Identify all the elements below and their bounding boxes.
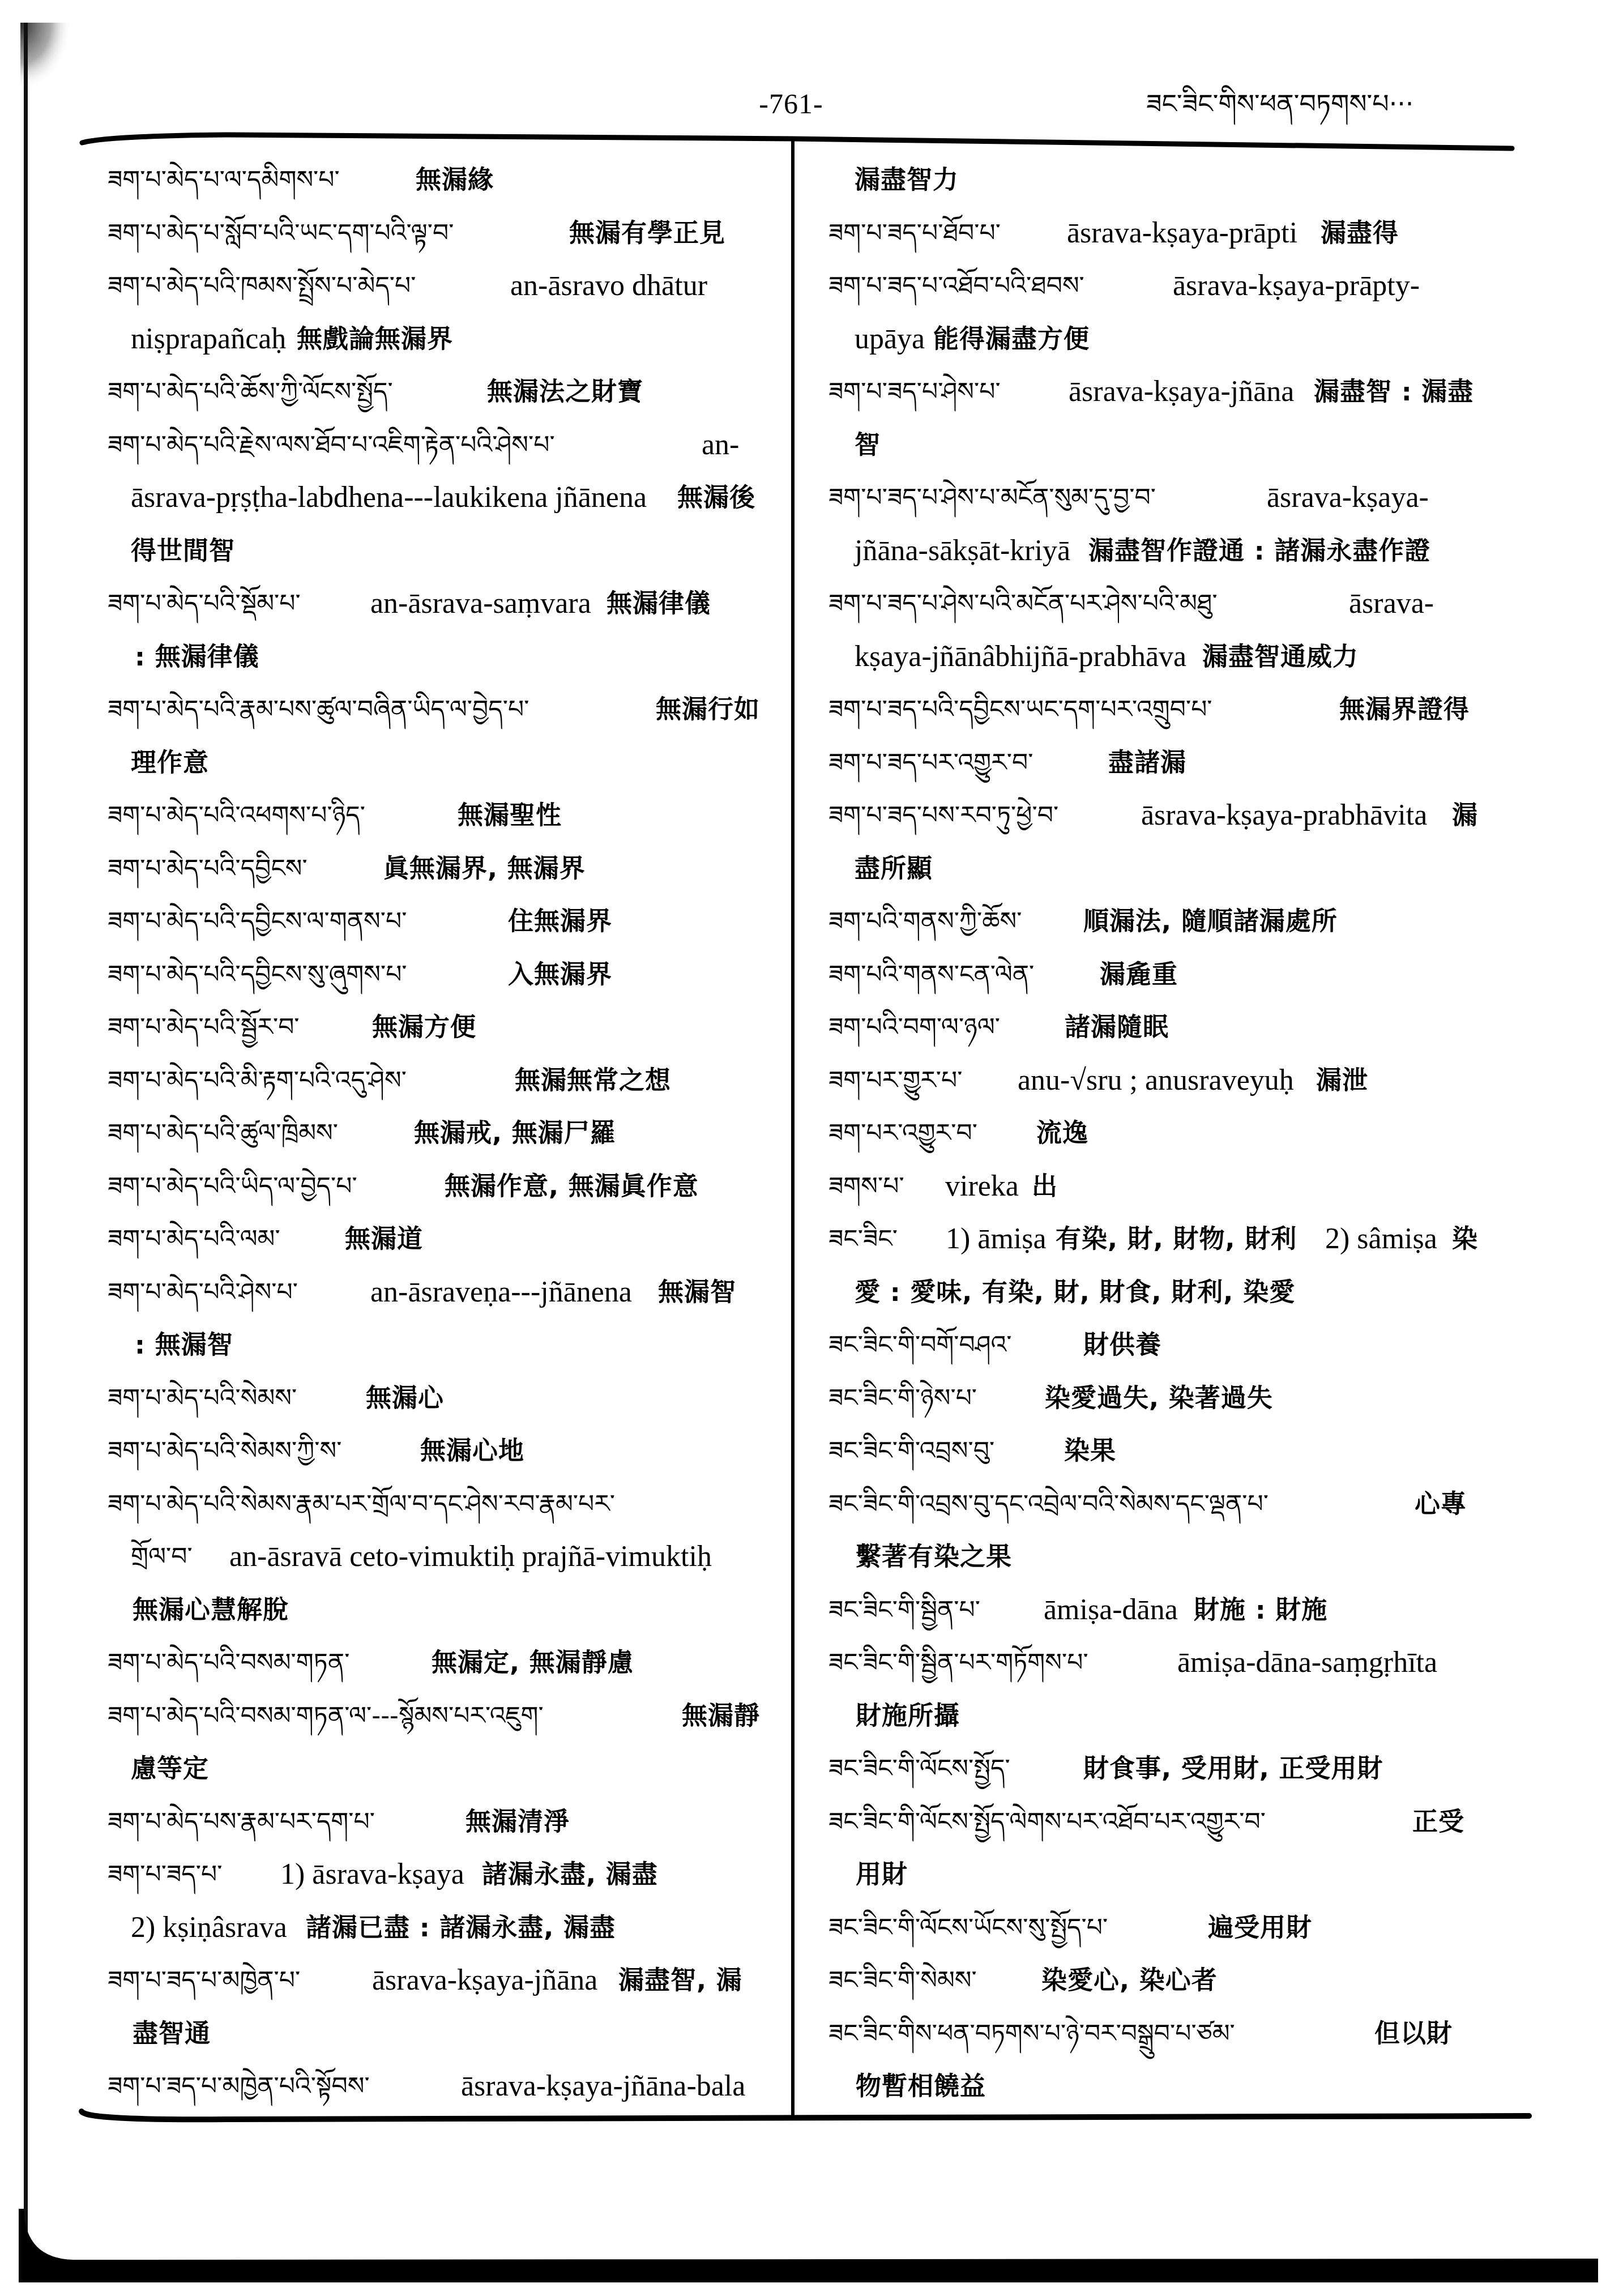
entry-line: ཟག་པ་མེད་པའི་དབྱིངས་ 眞無漏界, 無漏界 bbox=[0, 842, 793, 895]
tibetan-term: ཟག་པ་མེད་པའི་སེམས་རྣམ་པར་གྲོལ་བ་དང་ཤེས་ར… bbox=[108, 1478, 615, 1531]
chinese-gloss: 流逸 bbox=[1036, 1107, 1088, 1160]
chinese-gloss: 出 bbox=[1032, 1160, 1058, 1213]
tibetan-term: ཟག་པ་མེད་པའི་སེམས་ཀྱི་ས་ bbox=[108, 1424, 341, 1478]
entry-line: ཟག་པ་མེད་པའི་རྣམ་པས་ཚུལ་བཞིན་ཡིད་ལ་བྱེད་… bbox=[0, 683, 793, 736]
tibetan-term: ཟགས་པ་ bbox=[828, 1160, 904, 1213]
entry-line: 盡所顯 bbox=[793, 842, 1623, 895]
chinese-gloss: 諸漏已盡 : 諸漏永盡, 漏盡 bbox=[306, 1901, 616, 1954]
entry-line: ཟག་པའི་བག་ལ་ཉལ་ 諸漏隨眠 bbox=[793, 1001, 1623, 1054]
chinese-gloss: 漏盡得 bbox=[1321, 207, 1399, 260]
entry-line: ཟག་པ་མེད་པའི་བསམ་གཏན་ལ་---སྙོམས་པར་འཇུག་… bbox=[0, 1689, 793, 1743]
dictionary-entry: ཟག་པ་མེད་པའི་དབྱིངས་སུ་ཞུགས་པ་ 入無漏界 bbox=[0, 948, 793, 1001]
tibetan-term: ཟང་ཟིང་གི་སྦྱིན་པ་ bbox=[828, 1584, 980, 1637]
chinese-gloss: 無漏戒, 無漏尸羅 bbox=[414, 1107, 616, 1160]
entry-line: ཟག་པའི་གནས་ཀྱི་ཆོས་ 順漏法, 隨順諸漏處所 bbox=[793, 895, 1623, 948]
dictionary-entry: ཟག་པ་ཟད་པ་ཤེས་པ་ āsrava-kṣaya-jñāna 漏盡智 … bbox=[793, 365, 1623, 471]
dictionary-entry: ཟག་པ་མེད་པས་རྣམ་པར་དག་པ་ 無漏清淨 bbox=[0, 1795, 793, 1849]
sanskrit-term: āsrava-kṣaya-jñāna bbox=[1069, 365, 1294, 419]
dictionary-entry: ཟང་ཟིང་གི་ལོངས་སྤྱོད་ལེགས་པར་འཐོབ་པར་འགྱ… bbox=[793, 1795, 1623, 1901]
tibetan-term: ཟག་པ་ཟད་པས་རབ་ཏུ་ཕྱེ་བ་ bbox=[828, 789, 1058, 842]
dictionary-entry: ཟག་པ་མེད་པའི་སེམས་ 無漏心 bbox=[0, 1372, 793, 1425]
chinese-gloss: 漏泄 bbox=[1316, 1054, 1368, 1107]
tibetan-term: གྲོལ་བ་ bbox=[131, 1530, 193, 1584]
chinese-gloss: 漏盡智, 漏 bbox=[618, 1954, 742, 2007]
dictionary-entry: ཟག་པ་ཟད་པར་འགྱུར་བ་ 盡諸漏 bbox=[793, 736, 1623, 789]
entry-line: ཟག་པར་གྱུར་པ་ anu-√sru ; anusraveyuḥ 漏泄 bbox=[793, 1054, 1623, 1107]
dictionary-entry: ཟག་པ་མེད་པ་སློབ་པའི་ཡང་དག་པའི་ལྟ་བ་ 無漏有學… bbox=[0, 207, 793, 260]
dictionary-entry: ཟག་པ་མེད་པའི་འཕགས་པ་ཉིད་ 無漏聖性 bbox=[0, 789, 793, 842]
dictionary-entry: ཟག་པ་མེད་པའི་རྣམ་པས་ཚུལ་བཞིན་ཡིད་ལ་བྱེད་… bbox=[0, 683, 793, 789]
entry-line: upāya 能得漏盡方便 bbox=[793, 313, 1623, 366]
entry-line: : 無漏智 bbox=[0, 1318, 793, 1372]
chinese-gloss: 心專 bbox=[1415, 1478, 1467, 1531]
entry-line: ཟང་ཟིང་ 1) āmiṣa 有染, 財, 財物, 財利 2) sâmiṣa… bbox=[793, 1213, 1623, 1266]
sanskrit-term: an-āsravā ceto-vimuktiḥ prajñā-vimuktiḥ bbox=[229, 1530, 712, 1584]
entry-line: ཟག་པ་མེད་པའི་རྗེས་ལས་ཐོབ་པ་འཇིག་རྟེན་པའི… bbox=[0, 419, 793, 472]
tibetan-term: ཟང་ཟིང་གི་སེམས་ bbox=[828, 1954, 977, 2007]
entry-line: 2) kṣiṇâsrava 諸漏已盡 : 諸漏永盡, 漏盡 bbox=[0, 1901, 793, 1954]
top-rule bbox=[82, 135, 1512, 148]
chinese-gloss: 無漏靜 bbox=[682, 1689, 760, 1743]
sanskrit-term: anu-√sru ; anusraveyuḥ bbox=[1018, 1054, 1294, 1107]
entry-line: ཟག་པ་མེད་པའི་ཤེས་པ་ an-āsraveṇa---jñānen… bbox=[0, 1266, 793, 1319]
tibetan-term: ཟག་པ་མེད་པའི་རྗེས་ལས་ཐོབ་པ་འཇིག་རྟེན་པའི… bbox=[108, 419, 555, 472]
dictionary-entry: ཟག་པ་མེད་པའི་སེམས་ཀྱི་ས་ 無漏心地 bbox=[0, 1424, 793, 1478]
chinese-gloss: 染愛心, 染心者 bbox=[1041, 1954, 1218, 2007]
tibetan-term: ཟག་པ་མེད་པ་སློབ་པའི་ཡང་དག་པའི་ལྟ་བ་ bbox=[108, 207, 454, 260]
sanskrit-term: an-āsrava-saṃvara bbox=[370, 577, 591, 630]
dictionary-entry: ཟག་པ་ཟད་པ་ཐོབ་པ་ āsrava-kṣaya-prāpti 漏盡得 bbox=[793, 207, 1623, 260]
dictionary-entry: ཟག་པ་མེད་པའི་སེམས་རྣམ་པར་གྲོལ་བ་དང་ཤེས་ར… bbox=[0, 1478, 793, 1637]
entry-line: ཟག་པ་ཟད་པ་འཐོབ་པའི་ཐབས་ āsrava-kṣaya-prā… bbox=[793, 259, 1623, 313]
chinese-gloss: 財施所攝 bbox=[856, 1689, 960, 1743]
entry-line: ཟག་པ་མེད་པའི་ཚུལ་ཁྲིམས་ 無漏戒, 無漏尸羅 bbox=[0, 1107, 793, 1160]
entry-line: ཟང་ཟིང་གི་ལོངས་སྤྱོད་ལེགས་པར་འཐོབ་པར་འགྱ… bbox=[793, 1795, 1623, 1849]
sanskrit-term: kṣaya-jñānâbhijñā-prabhāva bbox=[855, 630, 1186, 684]
tibetan-term: ཟང་ཟིང་གི་བགོ་བཤའ་ bbox=[828, 1318, 1012, 1372]
sanskrit-term: vireka bbox=[945, 1160, 1019, 1213]
chinese-gloss: 財食事, 受用財, 正受用財 bbox=[1083, 1742, 1383, 1795]
chinese-gloss: 無漏清淨 bbox=[465, 1795, 570, 1849]
dictionary-entry: ཟག་པ་ཟད་པའི་དབྱིངས་ཡང་དག་པར་འགྲུབ་པ་ 無漏界… bbox=[793, 683, 1623, 736]
dictionary-entry: ཟག་པར་འགྱུར་བ་ 流逸 bbox=[793, 1107, 1623, 1160]
sanskrit-term: āsrava-kṣaya-prāpty- bbox=[1173, 259, 1420, 313]
dictionary-entry: ཟག་པ་མེད་པའི་ཆོས་ཀྱི་ལོངས་སྤྱོད་ 無漏法之財寶 bbox=[0, 365, 793, 419]
chinese-gloss: : 無漏智 bbox=[135, 1318, 233, 1372]
entry-line: ཟང་ཟིང་གི་ཉེས་པ་ 染愛過失, 染著過失 bbox=[793, 1372, 1623, 1425]
entry-line: ཟག་པ་ཟད་པར་འགྱུར་བ་ 盡諸漏 bbox=[793, 736, 1623, 789]
entry-line: 愛 : 愛味, 有染, 財, 財食, 財利, 染愛 bbox=[793, 1266, 1623, 1319]
entry-line: 盡智通 bbox=[0, 2007, 793, 2060]
tibetan-term: ཟག་པ་མེད་པའི་འཕགས་པ་ཉིད་ bbox=[108, 789, 365, 842]
chinese-gloss: 漏麁重 bbox=[1100, 948, 1178, 1001]
entry-line: ཟང་ཟིང་གི་འབྲས་བུ་ 染果 bbox=[793, 1424, 1623, 1478]
page-number: -761- bbox=[734, 84, 848, 123]
sanskrit-term: an-āsravo dhātur bbox=[510, 259, 707, 313]
tibetan-term: ཟང་ཟིང་གི་ཉེས་པ་ bbox=[828, 1372, 977, 1425]
tibetan-term: ཟག་པ་མེད་པའི་མི་རྟག་པའི་འདུ་ཤེས་ bbox=[108, 1054, 407, 1107]
tibetan-term: ཟག་པ་མེད་པའི་དབྱིངས་སུ་ཞུགས་པ་ bbox=[108, 948, 407, 1001]
tibetan-term: ཟང་ཟིང་གི་ལོངས་ཡོངས་སུ་སྤྱོད་པ་ bbox=[828, 1901, 1108, 1954]
entry-line: ཟག་པ་མེད་པའི་དབྱིངས་སུ་ཞུགས་པ་ 入無漏界 bbox=[0, 948, 793, 1001]
tibetan-term: ཟག་པ་ཟད་པའི་དབྱིངས་ཡང་དག་པར་འགྲུབ་པ་ bbox=[828, 683, 1212, 736]
chinese-gloss: 理作意 bbox=[131, 736, 209, 789]
left-column: ཟག་པ་མེད་པ་ལ་དམིགས་པ་ 無漏緣 ཟག་པ་མེད་པ་སློ… bbox=[0, 153, 793, 2113]
dictionary-entry: ཟང་ཟིང་གི་འབྲས་བུ་ 染果 bbox=[793, 1424, 1623, 1478]
entry-line: ཟག་པ་མེད་པས་རྣམ་པར་དག་པ་ 無漏清淨 bbox=[0, 1795, 793, 1849]
entry-line: 繫著有染之果 bbox=[793, 1530, 1623, 1584]
chinese-gloss: 無漏作意, 無漏眞作意 bbox=[445, 1160, 699, 1213]
chinese-gloss: : 無漏律儀 bbox=[135, 630, 259, 684]
tibetan-term: ཟག་པ་ཟད་པ་མཁྱེན་པའི་སྟོབས་ bbox=[108, 2060, 370, 2113]
entry-line: ཟང་ཟིང་གི་སྦྱིན་པར་གཏོགས་པ་ āmiṣa-dāna-s… bbox=[793, 1636, 1623, 1689]
chinese-gloss: 染 bbox=[1452, 1213, 1478, 1266]
entry-line: ཟགས་པ་ vireka 出 bbox=[793, 1160, 1623, 1213]
entry-line: ཟང་ཟིང་གི་སྦྱིན་པ་ āmiṣa-dāna 財施 : 財施 bbox=[793, 1584, 1623, 1637]
entry-line: ཟག་པ་མེད་པའི་དབྱིངས་ལ་གནས་པ་ 住無漏界 bbox=[0, 895, 793, 948]
sanskrit-term: 2) kṣiṇâsrava bbox=[131, 1901, 287, 1954]
tibetan-term: ཟང་ཟིང་གི་ལོངས་སྤྱོད་ལེགས་པར་འཐོབ་པར་འགྱ… bbox=[828, 1795, 1266, 1849]
tibetan-term: ཟང་ཟིང་གི་འབྲས་བུ་དང་འབྲེལ་བའི་སེམས་དང་ལ… bbox=[828, 1478, 1268, 1531]
tibetan-term: ཟག་པར་གྱུར་པ་ bbox=[828, 1054, 963, 1107]
tibetan-term: ཟང་ཟིང་ bbox=[828, 1213, 898, 1266]
dictionary-entry: ཟག་པ་ཟད་པ་མཁྱེན་པའི་སྟོབས་ āsrava-kṣaya-… bbox=[0, 2060, 793, 2113]
chinese-gloss: 無漏後 bbox=[677, 471, 755, 524]
dictionary-entry: ཟང་ཟིང་གི་སྦྱིན་པ་ āmiṣa-dāna 財施 : 財施 bbox=[793, 1584, 1623, 1637]
chinese-gloss: 盡所顯 bbox=[855, 842, 933, 895]
sanskrit-term: jñāna-sākṣāt-kriyā bbox=[855, 524, 1070, 578]
dictionary-entry: ཟག་པའི་བག་ལ་ཉལ་ 諸漏隨眠 bbox=[793, 1001, 1623, 1054]
tibetan-term: ཟག་པ་མེད་པའི་དབྱིངས་ལ་གནས་པ་ bbox=[108, 895, 407, 948]
chinese-gloss: 染果 bbox=[1064, 1424, 1116, 1478]
dictionary-entry: ཟགས་པ་ vireka 出 bbox=[793, 1160, 1623, 1213]
entry-line: ཟག་པ་མེད་པའི་བསམ་གཏན་ 無漏定, 無漏靜慮 bbox=[0, 1636, 793, 1689]
sanskrit-term: āmiṣa-dāna bbox=[1044, 1584, 1178, 1637]
tibetan-term: ཟག་པ་ཟད་པ་མཁྱེན་པ་ bbox=[108, 1954, 300, 2007]
sanskrit-term: 2) sâmiṣa bbox=[1325, 1213, 1437, 1266]
chinese-gloss: 無漏緣 bbox=[416, 153, 494, 207]
chinese-gloss: 遍受用財 bbox=[1208, 1901, 1312, 1954]
running-head: ཟང་ཟིང་གིས་ཕན་བཏགས་པ··· bbox=[1146, 83, 1414, 125]
entry-line: ཟག་པ་ཟད་པ་ཤེས་པ་ āsrava-kṣaya-jñāna 漏盡智 … bbox=[793, 365, 1623, 419]
chinese-gloss: 漏盡智力 bbox=[855, 153, 959, 207]
tibetan-term: ཟག་པ་ཟད་པ་ bbox=[108, 1848, 223, 1901]
entry-line: གྲོལ་བ་ an-āsravā ceto-vimuktiḥ prajñā-v… bbox=[0, 1530, 793, 1584]
chinese-gloss: 財施 : 財施 bbox=[1194, 1584, 1327, 1637]
sanskrit-term: 1) āmiṣa bbox=[946, 1213, 1047, 1266]
dictionary-entry: ཟག་པ་ཟད་པ་ཤེས་པ་མངོན་སུམ་དུ་བྱ་བ་ āsrava… bbox=[793, 471, 1623, 577]
entry-line: ཟག་པ་ཟད་པ་ཤེས་པའི་མངོན་པར་ཤེས་པའི་མཐུ་ ā… bbox=[793, 577, 1623, 630]
dictionary-entry: ཟང་ཟིང་གི་བགོ་བཤའ་ 財供養 bbox=[793, 1318, 1623, 1372]
entry-line: ཟག་པ་མེད་པའི་འཕགས་པ་ཉིད་ 無漏聖性 bbox=[0, 789, 793, 842]
tibetan-term: ཟང་ཟིང་གི་ལོངས་སྤྱོད་ bbox=[828, 1742, 1010, 1795]
dictionary-entry: ཟག་པ་ཟད་པ་ 1) āsrava-kṣaya 諸漏永盡, 漏盡 2) k… bbox=[0, 1848, 793, 1954]
entry-line: ཟག་པ་མེད་པའི་སྦྱོར་བ་ 無漏方便 bbox=[0, 1001, 793, 1054]
chinese-gloss: 無漏無常之想 bbox=[515, 1054, 671, 1107]
dictionary-entry: ཟག་པའི་གནས་ངན་ལེན་ 漏麁重 bbox=[793, 948, 1623, 1001]
tibetan-term: ཟག་པ་མེད་པའི་སེམས་ bbox=[108, 1372, 297, 1425]
dictionary-entry: ཟང་ཟིང་གི་ལོངས་སྤྱོད་ 財食事, 受用財, 正受用財 bbox=[793, 1742, 1623, 1795]
entry-line: 理作意 bbox=[0, 736, 793, 789]
tibetan-term: ཟག་པ་ཟད་པ་ཤེས་པ་ bbox=[828, 365, 1001, 419]
chinese-gloss: 無漏定, 無漏靜慮 bbox=[432, 1636, 634, 1689]
chinese-gloss: 漏盡智 : 漏盡 bbox=[1314, 365, 1473, 419]
chinese-gloss: 無漏智 bbox=[658, 1266, 736, 1319]
entry-line: ཟག་པ་མེད་པའི་མི་རྟག་པའི་འདུ་ཤེས་ 無漏無常之想 bbox=[0, 1054, 793, 1107]
dictionary-entry: ཟང་ཟིང་གི་ལོངས་ཡོངས་སུ་སྤྱོད་པ་ 遍受用財 bbox=[793, 1901, 1623, 1954]
dictionary-entry: ཟང་ཟིང་གི་སྦྱིན་པར་གཏོགས་པ་ āmiṣa-dāna-s… bbox=[793, 1636, 1623, 1742]
tibetan-term: ཟག་པ་མེད་པའི་ཤེས་པ་ bbox=[108, 1266, 298, 1319]
chinese-gloss: 順漏法, 隨順諸漏處所 bbox=[1083, 895, 1338, 948]
chinese-gloss: 漏盡智通威力 bbox=[1202, 630, 1359, 684]
entry-line: ཟང་ཟིང་གིས་ཕན་བཏགས་པ་ཉེ་བར་བསྒྲུབ་པ་ཙམ་ … bbox=[793, 2007, 1623, 2060]
entry-line: jñāna-sākṣāt-kriyā 漏盡智作證通 : 諸漏永盡作證 bbox=[793, 524, 1623, 578]
chinese-gloss: 無漏道 bbox=[345, 1213, 423, 1266]
tibetan-term: ཟང་ཟིང་གི་སྦྱིན་པར་གཏོགས་པ་ bbox=[828, 1636, 1088, 1689]
dictionary-entry: ཟག་པ་མེད་པའི་སྡོམ་པ་ an-āsrava-saṃvara 無… bbox=[0, 577, 793, 683]
entry-line: ཟང་ཟིང་གི་སེམས་ 染愛心, 染心者 bbox=[793, 1954, 1623, 2007]
tibetan-term: ཟག་པ་མེད་པའི་བསམ་གཏན་ལ་---སྙོམས་པར་འཇུག་ bbox=[108, 1689, 544, 1743]
entry-line: 財施所攝 bbox=[793, 1689, 1623, 1743]
dictionary-entry: ཟག་པ་མེད་པའི་ཁམས་སྤྲོས་པ་མེད་པ་ an-āsrav… bbox=[0, 259, 793, 365]
sanskrit-term: āsrava-kṣaya- bbox=[1267, 471, 1429, 524]
chinese-gloss: 但以財 bbox=[1374, 2007, 1453, 2060]
chinese-gloss: 染愛過失, 染著過失 bbox=[1045, 1372, 1273, 1425]
entry-line: 物暫相饒益 bbox=[793, 2060, 1623, 2113]
tibetan-term: ཟག་པ་ཟད་པར་འགྱུར་བ་ bbox=[828, 736, 1033, 789]
entry-line: kṣaya-jñānâbhijñā-prabhāva 漏盡智通威力 bbox=[793, 630, 1623, 684]
dictionary-entry: ཟང་ཟིང་གི་སེམས་ 染愛心, 染心者 bbox=[793, 1954, 1623, 2007]
entry-line: ཟག་པ་ཟད་པ་ཐོབ་པ་ āsrava-kṣaya-prāpti 漏盡得 bbox=[793, 207, 1623, 260]
tibetan-term: ཟག་པའི་གནས་ངན་ལེན་ bbox=[828, 948, 1034, 1001]
entry-line: ཟག་པ་ཟད་པ་ཤེས་པ་མངོན་སུམ་དུ་བྱ་བ་ āsrava… bbox=[793, 471, 1623, 524]
chinese-gloss: 諸漏隨眠 bbox=[1065, 1001, 1169, 1054]
entry-line: 慮等定 bbox=[0, 1742, 793, 1795]
chinese-gloss: 無漏法之財寶 bbox=[487, 365, 643, 419]
tibetan-term: ཟག་པ་མེད་པས་རྣམ་པར་དག་པ་ bbox=[108, 1795, 375, 1849]
dictionary-entry: ཟག་པ་མེད་པའི་ཚུལ་ཁྲིམས་ 無漏戒, 無漏尸羅 bbox=[0, 1107, 793, 1160]
tibetan-term: ཟག་པ་མེད་པའི་དབྱིངས་ bbox=[108, 842, 307, 895]
dictionary-entry: ཟང་ཟིང་གི་ཉེས་པ་ 染愛過失, 染著過失 bbox=[793, 1372, 1623, 1425]
chinese-gloss: 諸漏永盡, 漏盡 bbox=[482, 1848, 658, 1901]
dictionary-entry: ཟག་པ་མེད་པའི་བསམ་གཏན་ལ་---སྙོམས་པར་འཇུག་… bbox=[0, 1689, 793, 1795]
dictionary-entry: 漏盡智力 bbox=[793, 153, 1623, 207]
dictionary-entry: ཟག་པ་མེད་པའི་དབྱིངས་ལ་གནས་པ་ 住無漏界 bbox=[0, 895, 793, 948]
tibetan-term: ཟག་པའི་གནས་ཀྱི་ཆོས་ bbox=[828, 895, 1022, 948]
entry-line: ཟག་པ་མེད་པའི་ཡིད་ལ་བྱེད་པ་ 無漏作意, 無漏眞作意 bbox=[0, 1160, 793, 1213]
entry-line: ཟང་ཟིང་གི་ལོངས་ཡོངས་སུ་སྤྱོད་པ་ 遍受用財 bbox=[793, 1901, 1623, 1954]
entry-line: ཟག་པ་མེད་པ་ལ་དམིགས་པ་ 無漏緣 bbox=[0, 153, 793, 207]
chinese-gloss: 愛 : 愛味, 有染, 財, 財食, 財利, 染愛 bbox=[855, 1266, 1295, 1319]
entry-line: ཟག་པ་ཟད་པས་རབ་ཏུ་ཕྱེ་བ་ āsrava-kṣaya-pra… bbox=[793, 789, 1623, 842]
sanskrit-term: 1) āsrava-kṣaya bbox=[280, 1848, 464, 1901]
scan-shadow-bottom bbox=[19, 2209, 1598, 2282]
tibetan-term: ཟག་པ་མེད་པའི་སྦྱོར་བ་ bbox=[108, 1001, 300, 1054]
entry-line: ཟག་པ་ཟད་པ་ 1) āsrava-kṣaya 諸漏永盡, 漏盡 bbox=[0, 1848, 793, 1901]
dictionary-entry: ཟང་ཟིང་གི་འབྲས་བུ་དང་འབྲེལ་བའི་སེམས་དང་ལ… bbox=[793, 1478, 1623, 1584]
chinese-gloss: 正受 bbox=[1412, 1795, 1464, 1849]
chinese-gloss: 無漏律儀 bbox=[607, 577, 711, 630]
tibetan-term: ཟག་པ་མེད་པའི་ཡིད་ལ་བྱེད་པ་ bbox=[108, 1160, 357, 1213]
entry-line: ཟག་པའི་གནས་ངན་ལེན་ 漏麁重 bbox=[793, 948, 1623, 1001]
dictionary-entry: ཟང་ཟིང་ 1) āmiṣa 有染, 財, 財物, 財利 2) sâmiṣa… bbox=[793, 1213, 1623, 1318]
dictionary-entry: ཟག་པའི་གནས་ཀྱི་ཆོས་ 順漏法, 隨順諸漏處所 bbox=[793, 895, 1623, 948]
entry-line: ཟང་ཟིང་གི་འབྲས་བུ་དང་འབྲེལ་བའི་སེམས་དང་ལ… bbox=[793, 1478, 1623, 1531]
chinese-gloss: 慮等定 bbox=[131, 1742, 209, 1795]
entry-line: ཟག་པ་མེད་པའི་ལམ་ 無漏道 bbox=[0, 1213, 793, 1266]
sanskrit-term: āsrava-kṣaya-prāpti bbox=[1067, 207, 1297, 260]
dictionary-page: -761- ཟང་ཟིང་གིས་ཕན་བཏགས་པ··· ཟག་པ་མེད་པ… bbox=[0, 0, 1623, 2296]
dictionary-entry: ཟང་ཟིང་གིས་ཕན་བཏགས་པ་ཉེ་བར་བསྒྲུབ་པ་ཙམ་ … bbox=[793, 2007, 1623, 2113]
chinese-gloss: 無戲論無漏界 bbox=[297, 313, 453, 366]
dictionary-entry: ཟག་པ་མེད་པའི་ཤེས་པ་ an-āsraveṇa---jñānen… bbox=[0, 1266, 793, 1372]
entry-line: āsrava-pṛṣṭha-labdhena---laukikena jñāne… bbox=[0, 471, 793, 524]
tibetan-term: ཟག་པ་ཟད་པ་ཐོབ་པ་ bbox=[828, 207, 1001, 260]
chinese-gloss: 財供養 bbox=[1083, 1318, 1161, 1372]
tibetan-term: ཟག་པ་ཟད་པ་ཤེས་པ་མངོན་སུམ་དུ་བྱ་བ་ bbox=[828, 471, 1156, 524]
dictionary-entry: ཟག་པ་མེད་པ་ལ་དམིགས་པ་ 無漏緣 bbox=[0, 153, 793, 207]
entry-line: niṣprapañcaḥ 無戲論無漏界 bbox=[0, 313, 793, 366]
entry-line: ཟག་པ་མེད་པ་སློབ་པའི་ཡང་དག་པའི་ལྟ་བ་ 無漏有學… bbox=[0, 207, 793, 260]
entry-line: 無漏心慧解脫 bbox=[0, 1584, 793, 1637]
dictionary-entry: ཟག་པ་ཟད་པ་མཁྱེན་པ་ āsrava-kṣaya-jñāna 漏盡… bbox=[0, 1954, 793, 2060]
tibetan-term: ཟག་པ་ཟད་པ་འཐོབ་པའི་ཐབས་ bbox=[828, 259, 1084, 313]
sanskrit-term: upāya bbox=[855, 313, 925, 366]
chinese-gloss: 漏 bbox=[1452, 789, 1478, 842]
dictionary-entry: ཟག་པ་མེད་པའི་མི་རྟག་པའི་འདུ་ཤེས་ 無漏無常之想 bbox=[0, 1054, 793, 1107]
tibetan-term: ཟག་པ་ཟད་པ་ཤེས་པའི་མངོན་པར་ཤེས་པའི་མཐུ་ bbox=[828, 577, 1218, 630]
chinese-gloss: 無漏心地 bbox=[420, 1424, 524, 1478]
chinese-gloss: 眞無漏界, 無漏界 bbox=[383, 842, 586, 895]
tibetan-term: ཟག་པ་མེད་པའི་སྡོམ་པ་ bbox=[108, 577, 301, 630]
tibetan-term: ཟག་པར་འགྱུར་བ་ bbox=[828, 1107, 977, 1160]
entry-line: 用財 bbox=[793, 1848, 1623, 1901]
dictionary-entry: ཟག་པ་ཟད་པ་འཐོབ་པའི་ཐབས་ āsrava-kṣaya-prā… bbox=[793, 259, 1623, 365]
sanskrit-term: an- bbox=[702, 419, 739, 472]
dictionary-entry: ཟག་པར་གྱུར་པ་ anu-√sru ; anusraveyuḥ 漏泄 bbox=[793, 1054, 1623, 1107]
dictionary-entry: ཟག་པ་ཟད་པ་ཤེས་པའི་མངོན་པར་ཤེས་པའི་མཐུ་ ā… bbox=[793, 577, 1623, 683]
chinese-gloss: 盡智通 bbox=[133, 2007, 211, 2060]
entry-line: ཟག་པ་ཟད་པ་མཁྱེན་པ་ āsrava-kṣaya-jñāna 漏盡… bbox=[0, 1954, 793, 2007]
tibetan-term: ཟག་པའི་བག་ལ་ཉལ་ bbox=[828, 1001, 1000, 1054]
entry-line: 漏盡智力 bbox=[793, 153, 1623, 207]
chinese-gloss: 智 bbox=[855, 419, 881, 472]
sanskrit-term: āsrava-pṛṣṭha-labdhena---laukikena jñāne… bbox=[131, 471, 647, 524]
entry-line: ཟག་པ་མེད་པའི་སེམས་ཀྱི་ས་ 無漏心地 bbox=[0, 1424, 793, 1478]
tibetan-term: ཟག་པ་མེད་པའི་རྣམ་པས་ཚུལ་བཞིན་ཡིད་ལ་བྱེད་… bbox=[108, 683, 529, 736]
entry-line: ཟག་པ་མེད་པའི་སེམས་ 無漏心 bbox=[0, 1372, 793, 1425]
sanskrit-term: āsrava- bbox=[1349, 577, 1434, 630]
entry-line: ཟག་པ་མེད་པའི་སྡོམ་པ་ an-āsrava-saṃvara 無… bbox=[0, 577, 793, 630]
entry-line: : 無漏律儀 bbox=[0, 630, 793, 684]
dictionary-entry: ཟག་པ་མེད་པའི་དབྱིངས་ 眞無漏界, 無漏界 bbox=[0, 842, 793, 895]
chinese-gloss: 能得漏盡方便 bbox=[933, 313, 1090, 366]
entry-line: ཟག་པ་མེད་པའི་སེམས་རྣམ་པར་གྲོལ་བ་དང་ཤེས་ར… bbox=[0, 1478, 793, 1531]
chinese-gloss: 無漏方便 bbox=[372, 1001, 476, 1054]
chinese-gloss: 有染, 財, 財物, 財利 bbox=[1056, 1213, 1297, 1266]
sanskrit-term: an-āsraveṇa---jñānena bbox=[370, 1266, 632, 1319]
chinese-gloss: 無漏界證得 bbox=[1339, 683, 1470, 736]
right-column: 漏盡智力 ཟག་པ་ཟད་པ་ཐོབ་པ་ āsrava-kṣaya-prāpt… bbox=[793, 153, 1623, 2113]
tibetan-term: ཟག་པ་མེད་པའི་ཆོས་ཀྱི་ལོངས་སྤྱོད་ bbox=[108, 365, 393, 419]
chinese-gloss: 無漏行如 bbox=[656, 683, 760, 736]
chinese-gloss: 盡諸漏 bbox=[1108, 736, 1186, 789]
chinese-gloss: 繫著有染之果 bbox=[856, 1530, 1012, 1584]
chinese-gloss: 得世間智 bbox=[131, 524, 235, 578]
entry-line: ཟང་ཟིང་གི་བགོ་བཤའ་ 財供養 bbox=[793, 1318, 1623, 1372]
dictionary-entry: ཟག་པ་མེད་པའི་ཡིད་ལ་བྱེད་པ་ 無漏作意, 無漏眞作意 bbox=[0, 1160, 793, 1213]
tibetan-term: ཟང་ཟིང་གིས་ཕན་བཏགས་པ་ཉེ་བར་བསྒྲུབ་པ་ཙམ་ bbox=[828, 2007, 1235, 2060]
chinese-gloss: 無漏心慧解脫 bbox=[133, 1584, 289, 1637]
chinese-gloss: 無漏心 bbox=[366, 1372, 444, 1425]
scan-corner-shadow bbox=[20, 23, 71, 91]
sanskrit-term: āsrava-kṣaya-jñāna-bala bbox=[461, 2060, 745, 2113]
chinese-gloss: 無漏聖性 bbox=[458, 789, 562, 842]
entry-line: ཟང་ཟིང་གི་ལོངས་སྤྱོད་ 財食事, 受用財, 正受用財 bbox=[793, 1742, 1623, 1795]
sanskrit-term: āsrava-kṣaya-prabhāvita bbox=[1141, 789, 1427, 842]
tibetan-term: ཟག་པ་མེད་པའི་ལམ་ bbox=[108, 1213, 280, 1266]
chinese-gloss: 物暫相饒益 bbox=[856, 2060, 986, 2113]
entry-line: 智 bbox=[793, 419, 1623, 472]
entry-line: ཟག་པ་མེད་པའི་ཁམས་སྤྲོས་པ་མེད་པ་ an-āsrav… bbox=[0, 259, 793, 313]
dictionary-entry: ཟག་པ་མེད་པའི་སྦྱོར་བ་ 無漏方便 bbox=[0, 1001, 793, 1054]
entry-line: ཟག་པ་ཟད་པ་མཁྱེན་པའི་སྟོབས་ āsrava-kṣaya-… bbox=[0, 2060, 793, 2113]
chinese-gloss: 漏盡智作證通 : 諸漏永盡作證 bbox=[1088, 524, 1430, 578]
dictionary-entry: ཟག་པ་མེད་པའི་ལམ་ 無漏道 bbox=[0, 1213, 793, 1266]
sanskrit-term: āsrava-kṣaya-jñāna bbox=[372, 1954, 597, 2007]
dictionary-entry: ཟག་པ་མེད་པའི་བསམ་གཏན་ 無漏定, 無漏靜慮 bbox=[0, 1636, 793, 1689]
entry-line: ཟག་པ་ཟད་པའི་དབྱིངས་ཡང་དག་པར་འགྲུབ་པ་ 無漏界… bbox=[793, 683, 1623, 736]
dictionary-entry: ཟག་པ་མེད་པའི་རྗེས་ལས་ཐོབ་པ་འཇིག་རྟེན་པའི… bbox=[0, 419, 793, 578]
entry-line: ཟག་པ་མེད་པའི་ཆོས་ཀྱི་ལོངས་སྤྱོད་ 無漏法之財寶 bbox=[0, 365, 793, 419]
dictionary-entry: ཟག་པ་ཟད་པས་རབ་ཏུ་ཕྱེ་བ་ āsrava-kṣaya-pra… bbox=[793, 789, 1623, 895]
entry-line: 得世間智 bbox=[0, 524, 793, 578]
entry-line: ཟག་པར་འགྱུར་བ་ 流逸 bbox=[793, 1107, 1623, 1160]
tibetan-term: ཟག་པ་མེད་པའི་བསམ་གཏན་ bbox=[108, 1636, 349, 1689]
sanskrit-term: niṣprapañcaḥ bbox=[131, 313, 286, 366]
tibetan-term: ཟག་པ་མེད་པའི་ཁམས་སྤྲོས་པ་མེད་པ་ bbox=[108, 259, 416, 313]
chinese-gloss: 無漏有學正見 bbox=[569, 207, 725, 260]
chinese-gloss: 入無漏界 bbox=[508, 948, 612, 1001]
tibetan-term: ཟང་ཟིང་གི་འབྲས་བུ་ bbox=[828, 1424, 994, 1478]
tibetan-term: ཟག་པ་མེད་པ་ལ་དམིགས་པ་ bbox=[108, 153, 340, 207]
tibetan-term: ཟག་པ་མེད་པའི་ཚུལ་ཁྲིམས་ bbox=[108, 1107, 338, 1160]
chinese-gloss: 住無漏界 bbox=[508, 895, 612, 948]
sanskrit-term: āmiṣa-dāna-saṃgṛhīta bbox=[1177, 1636, 1437, 1689]
chinese-gloss: 用財 bbox=[856, 1848, 908, 1901]
